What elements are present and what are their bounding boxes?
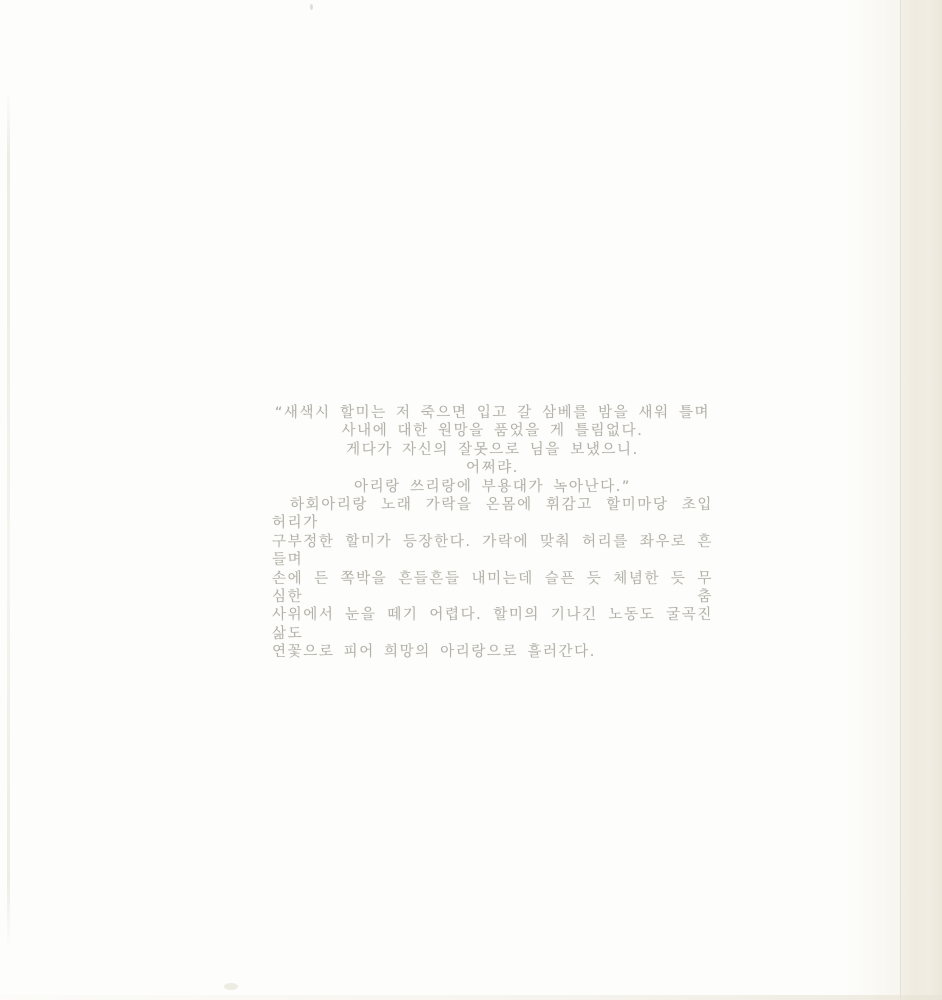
page-edge-fade <box>845 0 900 1000</box>
page-bottom-edge <box>0 995 942 1000</box>
body-line-4: 사위에서 눈을 떼기 어렵다. 할미의 기나긴 노동도 굴곡진 삶도 <box>272 606 713 643</box>
body-line-2: 구부정한 할미가 등장한다. 가락에 맞춰 허리를 좌우로 흔들며 <box>272 533 713 570</box>
quote-line-2: 사내에 대한 원망을 품었을 게 틀림없다. <box>272 422 713 440</box>
body-line-1: 하회아리랑 노래 가락을 온몸에 휘감고 할미마당 초입 허리가 <box>272 496 713 533</box>
page-edge-band <box>900 0 942 1000</box>
body-line-5: 연꽃으로 피어 희망의 아리랑으로 흘러간다. <box>272 643 713 661</box>
quote-line-3: 게다가 자신의 잘못으로 님을 보냈으니. <box>272 441 713 459</box>
quote-line-5: 아리랑 쓰리랑에 부용대가 녹아난다.” <box>272 478 713 496</box>
quote-line-1: “새색시 할미는 저 죽으면 입고 갈 삼베를 밤을 새워 틀며 <box>272 404 713 422</box>
quote-line-4: 어쩌랴. <box>272 459 713 477</box>
scanned-book-page: “새색시 할미는 저 죽으면 입고 갈 삼베를 밤을 새워 틀며 사내에 대한 … <box>0 0 942 1000</box>
scan-speck <box>310 4 313 10</box>
scan-speck <box>224 983 238 990</box>
passage-text-block: “새색시 할미는 저 죽으면 입고 갈 삼베를 밤을 새워 틀며 사내에 대한 … <box>272 404 713 662</box>
body-line-3: 손에 든 쪽박을 흔들흔들 내미는데 슬픈 듯 체념한 듯 무심한 춤 <box>272 570 713 607</box>
page-gutter-line <box>7 90 10 950</box>
